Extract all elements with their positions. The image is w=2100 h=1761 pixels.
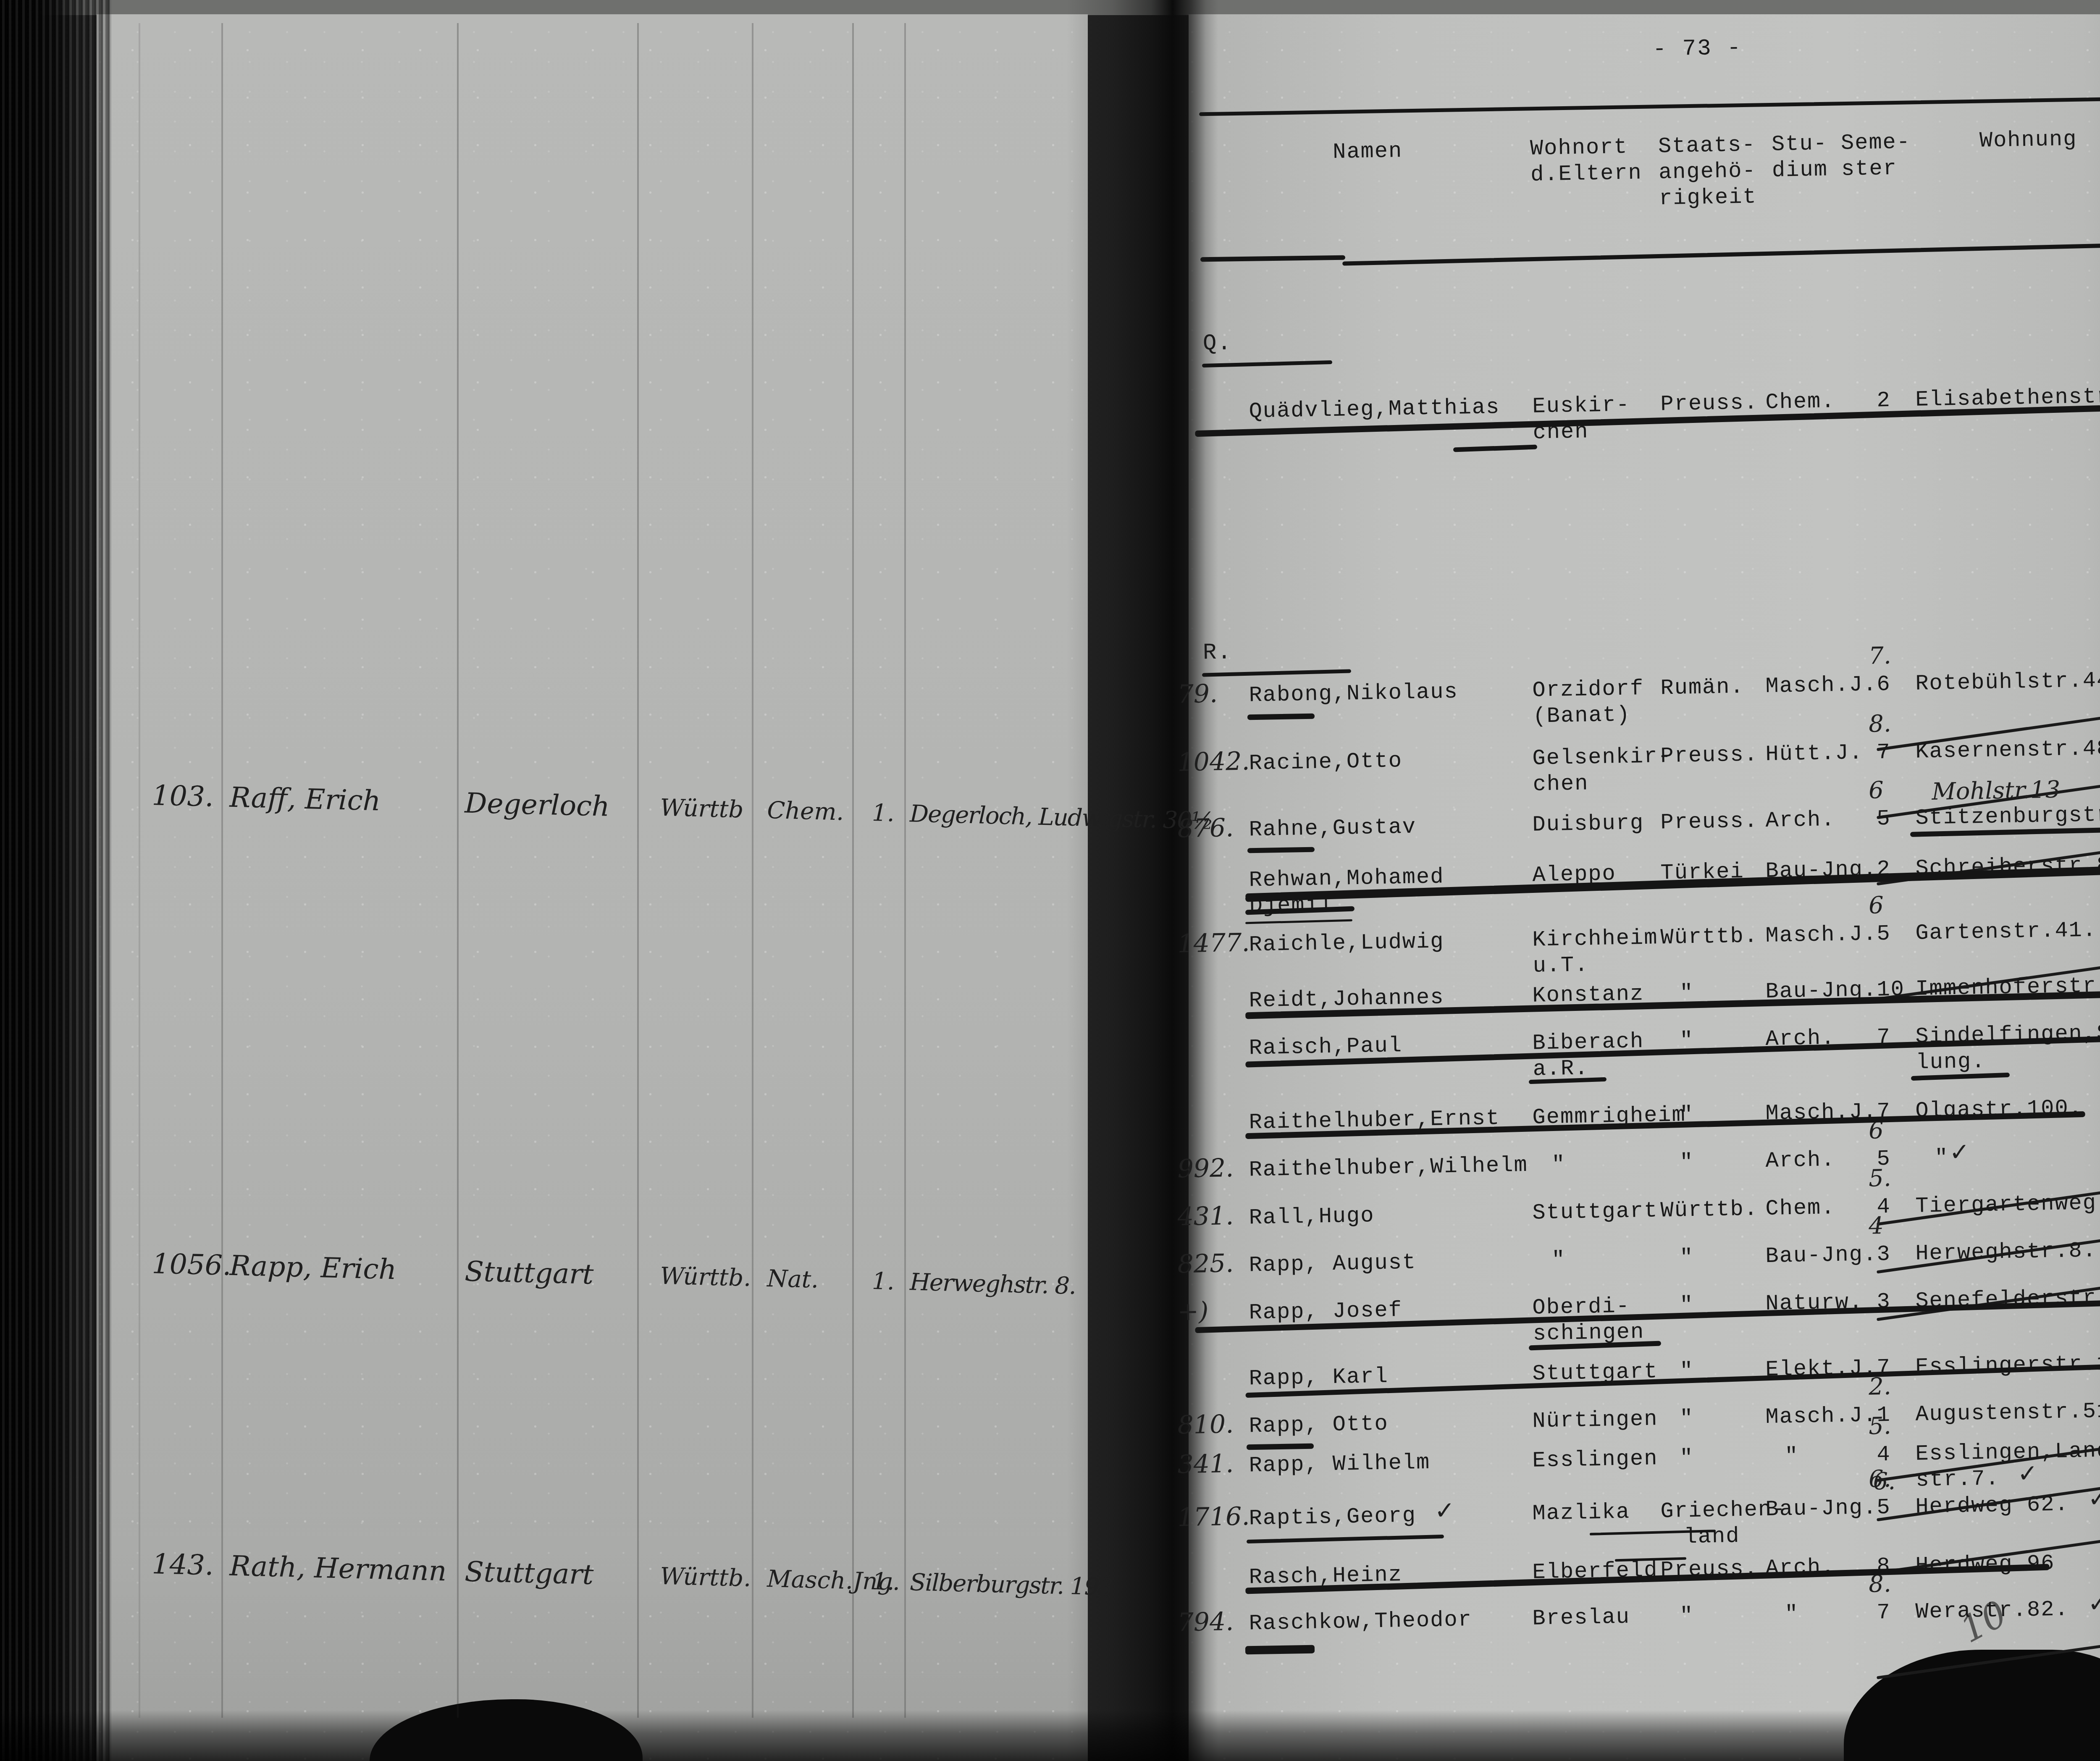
column-header: Wohnung (1979, 126, 2077, 154)
entry-semester-handwritten: 6 (1869, 892, 1884, 919)
entry-name: Raisch,Paul (1249, 1033, 1402, 1061)
section-label-q: Q. (1202, 331, 1232, 357)
column-rule (852, 23, 854, 1718)
underline-mark (1245, 1645, 1315, 1655)
entry-semester-handwritten: 6 (1869, 777, 1884, 804)
page-number: - 73 - (1652, 35, 1742, 63)
bottom-shadow (0, 1710, 2100, 1761)
entry-name: Raichle,Ludwig (1249, 929, 1444, 958)
entry-wohnung: Gartenstr.41. (1915, 917, 2097, 947)
entry-staatsangehoerigkeit: Rumän. (1660, 674, 1744, 701)
left-entry-staat: Württb. (660, 1263, 751, 1291)
column-header-line: rigkeit (1659, 184, 1757, 212)
entry-semester-handwritten: 8. (1869, 711, 1892, 737)
entry-margin-number: 1477. (1177, 929, 1250, 957)
entry-margin-number: 825. (1177, 1250, 1234, 1277)
column-header-line: Namen (1333, 138, 1403, 165)
entry-wohnort-line2: u.T. (1533, 952, 1589, 979)
left-entry-wohnung: Herweghstr. 8. (909, 1269, 1076, 1299)
entry-name: Raptis,Georg (1249, 1503, 1416, 1532)
entry-studium: Hütt.J. (1765, 740, 1863, 768)
entry-studium: Bau-Jng. (1765, 1241, 1877, 1270)
entry-name: Rapp, Wilhelm (1249, 1450, 1431, 1479)
entry-wohnort: Gelsenkir- (1532, 743, 1672, 772)
left-entry-staat: Württb (660, 795, 744, 823)
column-header-line: Seme- (1840, 129, 1911, 157)
entry-studium: Masch.J. (1765, 1402, 1877, 1430)
left-entry-semester: 1. (871, 1569, 895, 1595)
underline-mark (1247, 714, 1315, 720)
column-header-line: d.Eltern (1530, 160, 1643, 188)
entry-wohnort: Duisburg (1532, 810, 1644, 838)
underline-mark (1247, 1443, 1314, 1450)
entry-studium: Bau-Jng. (1765, 1495, 1877, 1523)
entry-wohnort: " (1532, 1247, 1566, 1273)
column-rule (139, 23, 140, 1718)
entry-margin-number: 1042. (1177, 748, 1250, 775)
column-rule (637, 23, 639, 1718)
entry-studium: Masch.J. (1765, 672, 1877, 700)
entry-name: Rapp, August (1249, 1250, 1416, 1279)
column-rule (221, 23, 223, 1718)
column-header: Stu-dium (1772, 131, 1828, 184)
table-header: NamenWohnortd.ElternStaats-angehö-rigkei… (1188, 124, 2100, 251)
section-label-r: R. (1202, 640, 1232, 666)
entry-wohnung: " (1915, 1145, 1949, 1171)
column-header-line: dium (1772, 157, 1828, 184)
entry-name: Quädvlieg,Matthias (1249, 394, 1500, 425)
entry-wohnort: Kirchheim (1532, 925, 1658, 953)
entry-staatsangehoerigkeit: Württb. (1660, 923, 1758, 951)
left-entry-number: 1056. (152, 1251, 231, 1279)
entry-staatsangehoerigkeit: " (1660, 1150, 1694, 1176)
entry-margin-number: 431. (1177, 1203, 1234, 1230)
column-header: Namen (1333, 138, 1403, 165)
column-header: Wohnortd.Eltern (1530, 134, 1643, 188)
table-row: 794.Raschkow,TheodorBreslau""78.Werastr.… (1188, 1594, 2100, 1700)
entry-semester-handwritten: 6. (1869, 1466, 1892, 1493)
book-edge-left (0, 0, 111, 1761)
entry-staatsangehoerigkeit: Preuss. (1660, 808, 1758, 836)
entry-wohnung-handwritten: Mohlstr.13 (1932, 777, 2061, 805)
entry-semester-handwritten: 5. (1869, 1165, 1892, 1192)
entry-studium: " (1765, 1601, 1799, 1628)
column-header-line: Wohnung (1979, 126, 2077, 154)
column-header: Staats-angehö-rigkeit (1658, 132, 1757, 212)
entry-staatsangehoerigkeit: Preuss. (1660, 390, 1758, 417)
entry-semester-typed: 2 (1877, 388, 1891, 414)
entry-semester-handwritten: 5. (1869, 1413, 1892, 1440)
entry-name: Rapp, Karl (1249, 1364, 1389, 1392)
left-entry-name: Raff, Erich (229, 785, 381, 814)
left-entry-number: 103. (152, 782, 214, 810)
entry-staatsangehoerigkeit: " (1660, 1245, 1694, 1271)
check-icon: ✓ (2088, 1485, 2100, 1512)
left-entry-semester: 1. (871, 1268, 895, 1295)
check-icon: ✓ (1949, 1139, 1970, 1165)
left-entry-wohnort: Stuttgart (465, 1559, 594, 1588)
entry-wohnort-line2: (Banat) (1533, 702, 1630, 730)
entry-wohnort: Mazlika (1532, 1499, 1630, 1527)
check-icon: ✓ (2088, 1590, 2100, 1617)
left-entry-staat: Württb. (660, 1564, 751, 1592)
left-entry-studium: Chem. (767, 798, 844, 825)
entry-staatsangehoerigkeit: " (1660, 1445, 1694, 1472)
entry-name: Rabong,Nikolaus (1249, 679, 1458, 709)
entry-wohnort: Orzidorf (1532, 676, 1644, 704)
entry-semester-handwritten: 7. (1869, 643, 1892, 669)
entry-staatsangehoerigkeit: Württb. (1660, 1196, 1758, 1224)
entry-studium: Chem. (1765, 1195, 1835, 1222)
entry-wohnung: Herweghstr.8. (1915, 1238, 2097, 1267)
entry-margin-number: 79. (1177, 681, 1218, 708)
entry-wohnort: Stuttgart (1532, 1198, 1658, 1226)
entry-wohnung: Stitzenburgstr.7. (1915, 801, 2100, 832)
entry-wohnung-line2: lung. (1916, 1049, 1986, 1076)
entry-name: Raschkow,Theodor (1249, 1607, 1472, 1637)
entry-wohnort: " (1532, 1152, 1566, 1178)
entry-staatsangehoerigkeit: Preuss. (1660, 742, 1758, 769)
entry-wohnung-line2: str.7. (1916, 1466, 2000, 1493)
entry-wohnung: Rotebühlstr.44. (1915, 667, 2100, 697)
entry-name: Rahne,Gustav (1249, 814, 1416, 843)
entry-studium: Masch.J. (1765, 921, 1877, 949)
entry-studium: Arch. (1765, 807, 1835, 834)
entry-staatsangehoerigkeit-line2: land (1684, 1523, 1740, 1550)
left-entry-wohnung: Silberburgstr. 193 (909, 1569, 1113, 1601)
column-header-line: Stu- (1772, 131, 1828, 157)
scan-top-margin (0, 0, 2100, 15)
left-entry-wohnort: Degerloch (465, 790, 610, 819)
entry-studium: Chem. (1765, 388, 1835, 416)
entry-wohnort: Esslingen (1532, 1446, 1658, 1474)
entry-margin-number: 810. (1177, 1411, 1234, 1438)
entry-staatsangehoerigkeit: " (1660, 1603, 1694, 1630)
column-header-line: ster (1841, 155, 1911, 183)
entry-margin-number: 992. (1177, 1155, 1234, 1182)
left-entry-number: 143. (152, 1551, 214, 1579)
entry-wohnort: Breslau (1532, 1604, 1630, 1632)
entry-margin-number: 341. (1177, 1451, 1234, 1478)
left-entry-wohnort: Stuttgart (465, 1258, 594, 1287)
check-icon: ✓ (1434, 1497, 1455, 1524)
column-rule (904, 23, 906, 1718)
entry-wohnung: Werastr.82. (1915, 1596, 2069, 1625)
entry-name: Raithelhuber,Wilhelm (1249, 1152, 1528, 1184)
entry-wohnung: Kasernenstr.48 a. (1915, 735, 2100, 765)
column-rule (752, 23, 753, 1718)
scanned-register-book: - 73 - Q. R. 10 NamenWohnortd.ElternStaa… (0, 0, 2100, 1761)
entry-studium: " (1765, 1443, 1799, 1470)
entry-name: Racine,Otto (1249, 748, 1402, 777)
entry-wohnort: Euskir- (1532, 392, 1630, 420)
entry-staatsangehoerigkeit: " (1660, 1406, 1694, 1432)
left-entry-semester: 1. (871, 800, 895, 827)
entry-wohnort: Nürtingen (1532, 1406, 1658, 1434)
entry-name: Rapp, Otto (1249, 1411, 1389, 1440)
entry-margin-number: +) (1177, 1298, 1209, 1325)
entry-semester-handwritten: 4 (1869, 1213, 1884, 1239)
entry-margin-number: 794. (1177, 1609, 1234, 1635)
entry-semester-handwritten: 2. (1869, 1374, 1892, 1400)
column-header: Seme-ster (1840, 129, 1911, 183)
entry-margin-number: 1716. (1177, 1503, 1250, 1530)
column-rule (457, 23, 459, 1718)
entry-wohnung: Augustenstr.51. (1915, 1398, 2100, 1428)
left-entry-studium: Nat. (767, 1266, 819, 1293)
entry-name: Rall,Hugo (1249, 1203, 1375, 1231)
column-header-line: Staats- (1658, 132, 1756, 160)
entry-wohnung: Herdweg 62. (1915, 1491, 2069, 1520)
left-entry-name: Rapp, Erich (229, 1253, 397, 1283)
check-icon: ✓ (2017, 1460, 2038, 1487)
entry-wohnort-line2: chen (1533, 771, 1589, 798)
entry-wohnung: Esslingen,Landolin- (1915, 1437, 2100, 1467)
column-header-line: angehö- (1659, 158, 1756, 186)
table-row: Quädvlieg,MatthiasEuskir-chenPreuss.Chem… (1188, 382, 2100, 488)
left-entry-name: Rath, Hermann (229, 1553, 447, 1585)
entry-studium: Arch. (1765, 1147, 1835, 1174)
column-header-line: Wohnort (1530, 134, 1642, 162)
entry-wohnung: Tiergartenweg 4. (1915, 1190, 2100, 1220)
